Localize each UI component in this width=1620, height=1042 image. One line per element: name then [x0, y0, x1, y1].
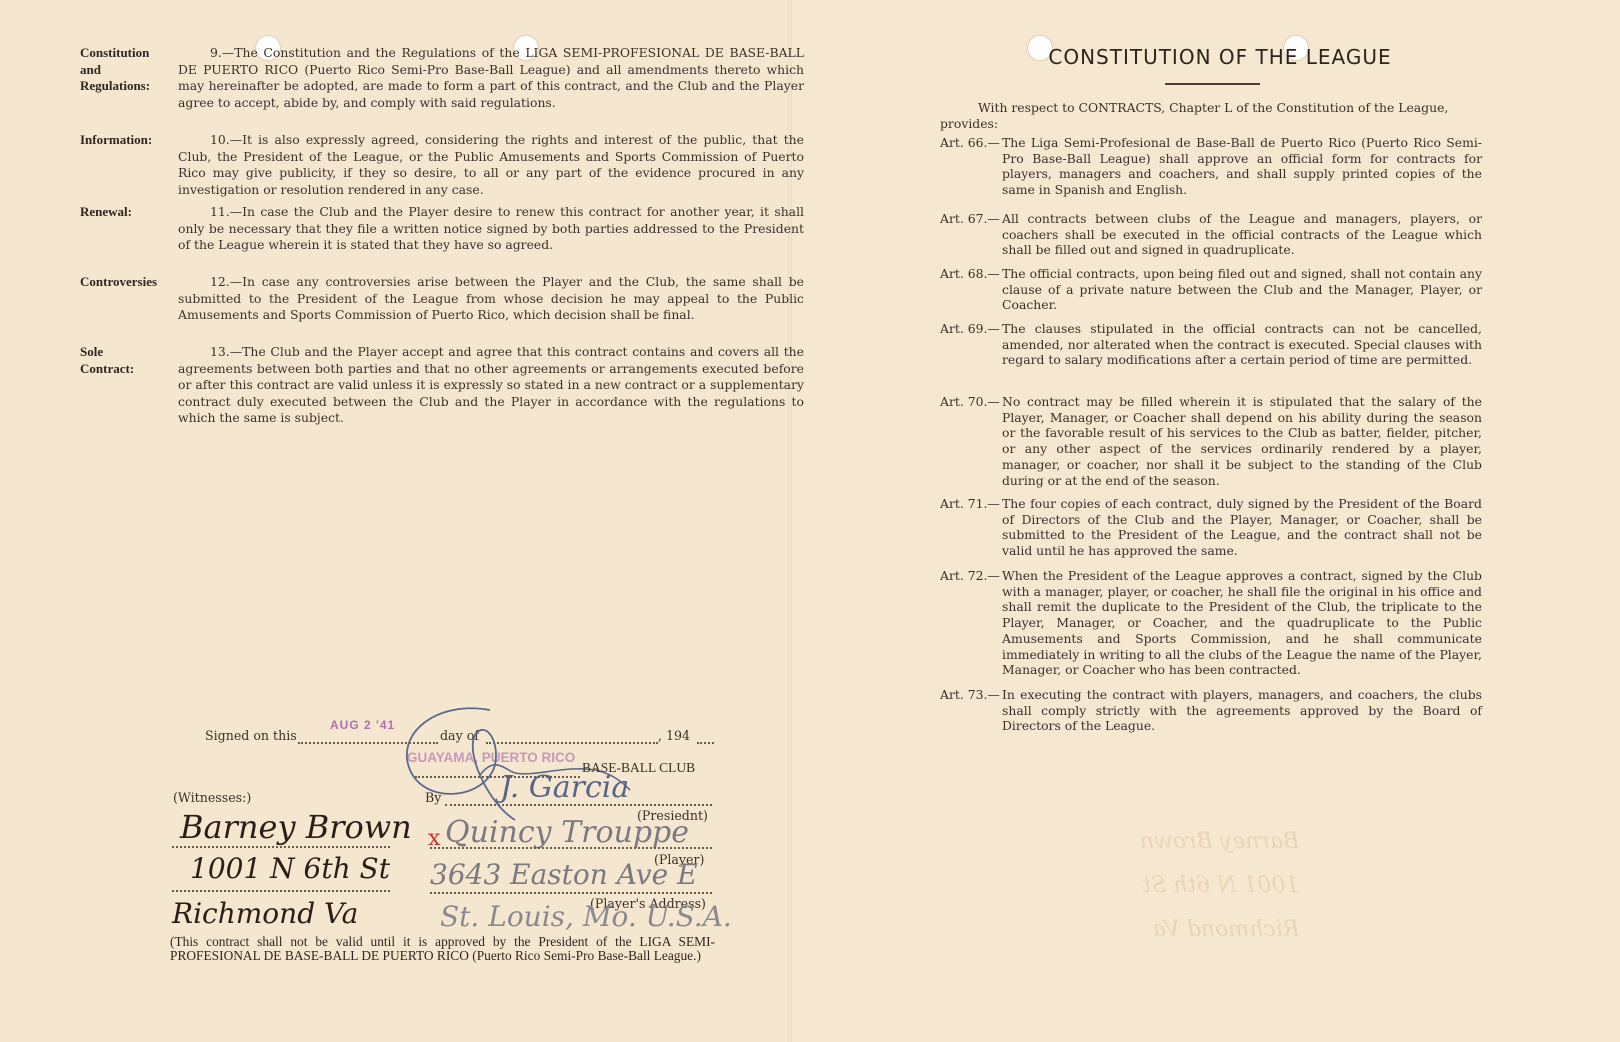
witness-signature-line — [172, 846, 390, 848]
article-number: Art. 68.— — [940, 266, 1008, 282]
player-address-line-2: St. Louis, Mo. U.S.A. — [440, 900, 732, 933]
article-text: When the President of the League approve… — [1002, 568, 1482, 678]
player-signature-line — [430, 847, 712, 849]
clause-text: It is also expressly agreed, considering… — [178, 132, 804, 197]
article-text: The Liga Semi-Profesional de Base-Ball d… — [1002, 135, 1482, 198]
validity-footnote: (This contract shall not be valid until … — [170, 935, 715, 963]
article-text: The clauses stipulated in the official c… — [1002, 321, 1482, 368]
signed-on-label: Signed on this — [205, 728, 297, 743]
clause-label: Controversies — [80, 274, 175, 291]
player-address-line-1: 3643 Easton Ave E — [430, 858, 698, 891]
clause-label: Constitution and Regulations: — [80, 45, 175, 95]
clause-label: Renewal: — [80, 204, 175, 221]
article-text: The official contracts, upon being filed… — [1002, 266, 1482, 313]
clause-label: Sole Contract: — [80, 344, 175, 377]
clause-text: In case any controversies arise between … — [178, 274, 804, 322]
clause-label: Information: — [80, 132, 175, 149]
clause-text: The Constitution and the Regulations of … — [178, 45, 804, 110]
article-number: Art. 71.— — [940, 496, 1008, 512]
article-number: Art. 70.— — [940, 394, 1008, 410]
article-number: Art. 72.— — [940, 568, 1008, 584]
page-title: CONSTITUTION OF THE LEAGUE — [1040, 45, 1400, 69]
article-text: In executing the contract with players, … — [1002, 687, 1482, 734]
witness-address-line — [172, 890, 390, 892]
club-name-line — [415, 776, 580, 778]
clause-text: In case the Club and the Player desire t… — [178, 204, 804, 252]
player-signature: Quincy Trouppe — [445, 815, 689, 850]
article-text: No contract may be filled wherein it is … — [1002, 394, 1482, 488]
article-number: Art. 67.— — [940, 211, 1008, 227]
witness-address-line-1: 1001 N 6th St — [190, 852, 390, 885]
article-number: Art. 69.— — [940, 321, 1008, 337]
witness-signature: Barney Brown — [180, 808, 412, 846]
witness-address-line-2: Richmond Va — [172, 897, 358, 930]
year-line — [697, 742, 714, 744]
article-text: The four copies of each contract, duly s… — [1002, 496, 1482, 559]
club-label: BASE-BALL CLUB — [582, 760, 695, 776]
ink-bleed-through: Barney Brown 1001 N 6th St Richmond Va — [1140, 820, 1299, 952]
title-underline — [1165, 83, 1260, 85]
article-number: Art. 73.— — [940, 687, 1008, 703]
article-number: Art. 66.— — [940, 135, 1008, 151]
intro-paragraph: With respect to CONTRACTS, Chapter L of … — [940, 100, 1480, 132]
president-signature-line — [445, 804, 712, 806]
date-stamp: AUG 2 '41 — [330, 718, 395, 732]
witnesses-label: (Witnesses:) — [173, 790, 251, 805]
by-label: By — [425, 790, 441, 805]
player-address-line — [430, 892, 712, 894]
clause-text: The Club and the Player accept and agree… — [178, 344, 804, 425]
year-label: , 194 — [658, 728, 690, 743]
article-text: All contracts between clubs of the Leagu… — [1002, 211, 1482, 258]
